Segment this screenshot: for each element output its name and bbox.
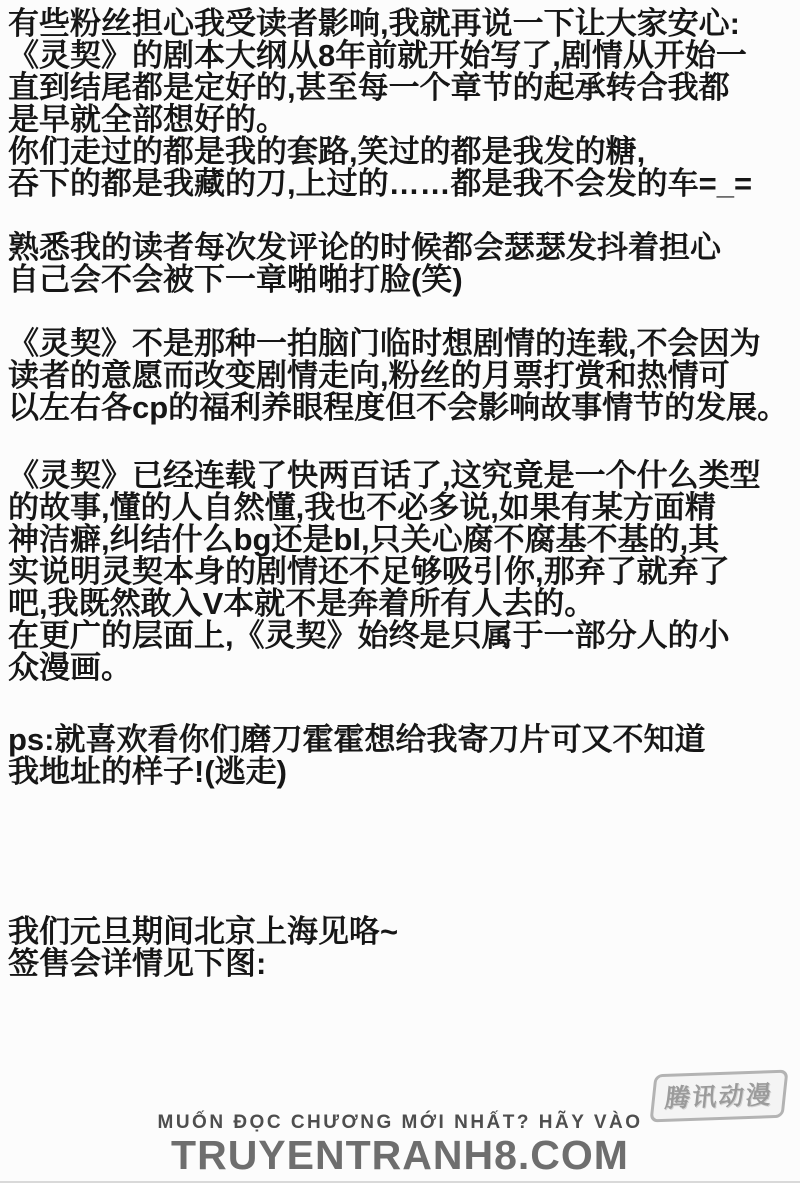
footer-site-watermark: TRUYENTRANH8.COM [0,1132,800,1179]
paragraph-plot-not-changed-by-fans: 《灵契》不是那种一拍脑门临时想剧情的连载,不会因为 读者的意愿而改变剧情走向,粉… [8,328,798,424]
footer-tagline-vietnamese: MUỐN ĐỌC CHƯƠNG MỚI NHẤT? HÃY VÀO [0,1112,800,1134]
tencent-comics-watermark-label: 腾讯动漫 [663,1081,774,1113]
paragraph-intro-spoiler-reassurance: 有些粉丝担心我受读者影响,我就再说一下让大家安心: 《灵契》的剧本大纲从8年前就… [8,8,798,200]
paragraph-signing-event-announcement: 我们元旦期间北京上海见咯~ 签售会详情见下图: [8,916,798,980]
author-note-text-block: 有些粉丝担心我受读者影响,我就再说一下让大家安心: 《灵契》的剧本大纲从8年前就… [8,8,798,980]
paragraph-story-type-statement: 《灵契》已经连载了快两百话了,这究竟是一个什么类型 的故事,懂的人自然懂,我也不… [8,460,798,684]
paragraph-reader-comments: 熟悉我的读者每次发评论的时候都会瑟瑟发抖着担心 自己会不会被下一章啪啪打脸(笑) [8,232,798,296]
paragraph-ps-joke: ps:就喜欢看你们磨刀霍霍想给我寄刀片可又不知道 我地址的样子!(逃走) [8,724,798,788]
comic-author-note-page: 有些粉丝担心我受读者影响,我就再说一下让大家安心: 《灵契》的剧本大纲从8年前就… [0,0,800,1183]
